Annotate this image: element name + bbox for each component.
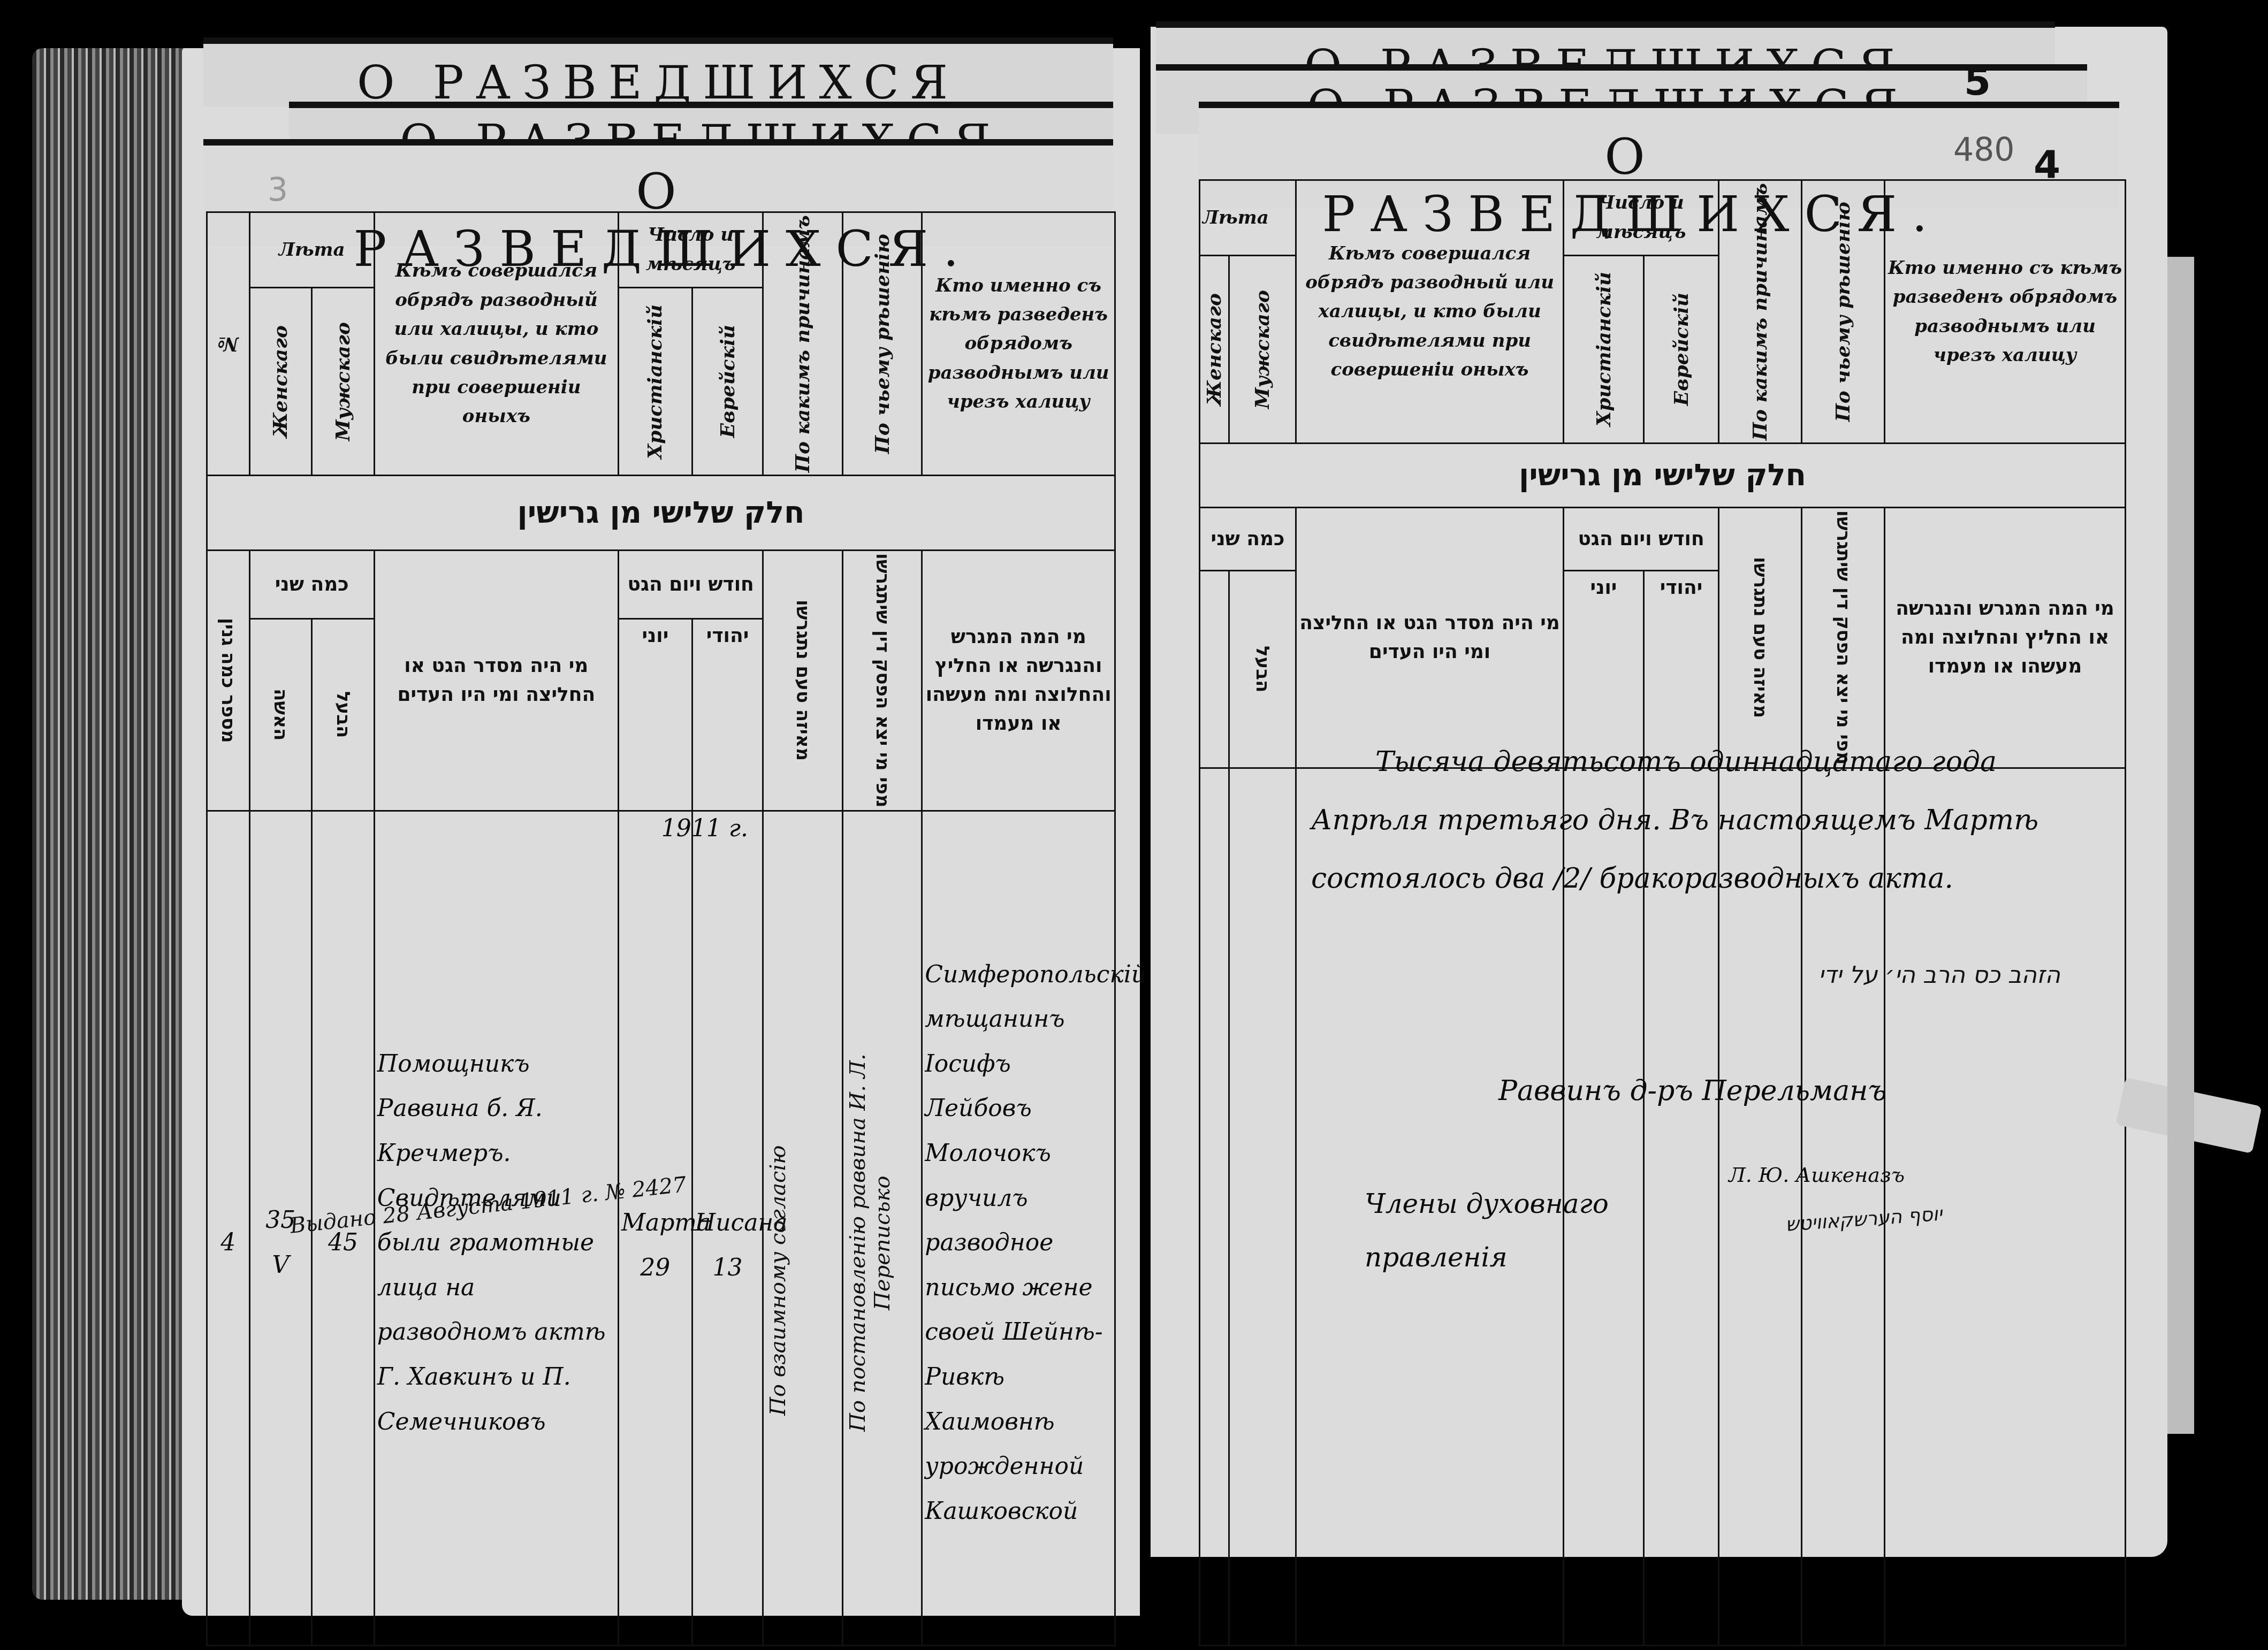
russian-header-table: Лѣта Кѣмъ совершался обрядъ разводный ил… [1199,179,2126,1646]
heb-col-age-header: כמה שני [249,551,374,619]
col-years-header: Лѣта [249,212,374,288]
heb-col-number-header: מספר כמה גנין [207,551,250,811]
heb-col-date-header: חודש ויום הגט [618,551,763,619]
heb-col-who-divorced-header: מי המה המגרש והנגרשה או החליץ והחלוצה ומ… [1885,508,2126,768]
col-who-divorced-header: Кто именно съ кѣмъ разведенъ обрядомъ ра… [1885,180,2126,444]
col-years-header: Лѣта [1200,180,1296,256]
book-page-edges [32,48,193,1600]
entry-reason: По взаимному согласію [763,811,842,1645]
archive-page-number: 480 [1953,131,2015,169]
left-page: О РАЗВЕДШИХСЯ О РАЗВЕДШИХСЯ О РАЗВЕДШИХС… [182,48,1140,1616]
col-number-header: № [207,212,250,476]
col-female-header: Женскаго [1200,255,1229,444]
entry-who-divorced: Симферопольскій мѣщанинъ Іосифъ Лейбовъ … [922,811,1115,1645]
heb-col-by-whom-header: מפי מי יצא הפסק דין שיתגרשו [842,551,922,811]
col-who-divorced-header: Кто именно съ кѣмъ разведенъ обрядомъ ра… [922,212,1115,476]
stacked-title-1: О РАЗВЕДШИХСЯ [203,37,1113,107]
check-mark: V [253,1243,309,1288]
col-female-header: Женскаго [249,287,312,476]
heb-col-jewish-header: יהודי [692,619,763,811]
hebrew-section-title: חלק שלישי מן גרישין [207,476,1115,551]
col-male-header: Мужскаго [1229,255,1296,444]
board-label: Члены духовнаго правленія [1365,1177,1664,1284]
russian-header-table: № Лѣта Кѣмъ совершался обрядъ разводный … [206,211,1116,1646]
col-decision-header: По чьему рѣшенію [1802,180,1885,444]
col-date-header: Число и мѣсяцъ [1564,180,1719,256]
heb-col-husband-header: הבעל [1229,571,1296,768]
col-reasons-header: По какимъ причинамъ [763,212,842,476]
heb-col-who-divorced-header: מי המה המגרש והנגרשה או החליץ והחלוצה ומ… [922,551,1115,811]
entry-decision: По постановленію раввина И. Л. Переписьк… [842,811,922,1645]
col-decision-header: По чьему рѣшенію [842,212,922,476]
heb-col-by-whom-header: מפי מי יצא הפסק דין שיתגרשו [1802,508,1885,768]
closing-statement: Тысяча девятьсотъ одиннадцатаго года Апр… [1311,733,2114,908]
col-who-performed-header: Кѣмъ совершался обрядъ разводный или хал… [1296,180,1564,444]
heb-col-date-header: חודש ויום הגט [1564,508,1719,571]
heb-col-arranged-header: מי היה מסדר הגט או החליצה ומי היו העדים [374,551,618,811]
col-jewish-header: Еврейскій [1644,255,1719,444]
right-page-edges [2167,257,2194,1434]
heb-col-wife-header [1200,571,1229,768]
heb-col-age-header: כמה שני [1200,508,1296,571]
faint-folio-number: 3 [268,171,288,209]
col-christian-header: Христіанскій [1564,255,1644,444]
col-christian-header: Христіанскій [618,287,692,476]
hebrew-section-title: חלק שלישי מן גרישין [1200,444,2126,508]
col-reasons-header: По какимъ причинамъ [1719,180,1802,444]
heb-col-wife-header: האשה [249,619,312,811]
heb-col-gregorian-header: יוני [618,619,692,811]
heb-col-arranged-header: מי היה מסדר הגט או החליצה ומי היו העדים [1296,508,1564,768]
rabbi-label: Раввинъ [1498,1075,1621,1107]
col-male-header: Мужскаго [312,287,375,476]
heb-col-reason-header: מאיזה טעם נתגרשו [1719,508,1802,768]
col-date-header: Число и мѣсяцъ [618,212,763,288]
right-page: О РАЗВЕДШИХСЯ О РАЗВЕДШИХСЯ. 5 О РАЗВЕДШ… [1151,27,2167,1557]
rabbi-signature: д-ръ Перельманъ [1630,1075,1886,1107]
entry-number: 4 [207,811,250,1645]
heb-col-husband-header: הבעל [312,619,375,811]
entry-christian-date: 1911 г. Марта 29 [618,811,692,1645]
entry-performed-by: Помощникъ Раввина б. Я. Кречмеръ. Свидѣт… [374,811,618,1645]
entry-year: 1911 г. [641,806,769,851]
heb-col-reason-header: מאיזה טעם נתגרשו [763,551,842,811]
rabbi-signature-line: Раввинъ д-ръ Перельманъ [1498,1065,1886,1118]
col-jewish-header: Еврейскій [692,287,763,476]
board-member-signature: Л. Ю. Ашкеназъ [1729,1156,1905,1194]
folio-number-upper: 5 [1964,59,1991,104]
col-who-performed-header: Кѣмъ совершался обрядъ разводный или хал… [374,212,618,476]
hebrew-signature-line: הזהב כס הרב הי׳ על ידי [1525,958,2060,993]
